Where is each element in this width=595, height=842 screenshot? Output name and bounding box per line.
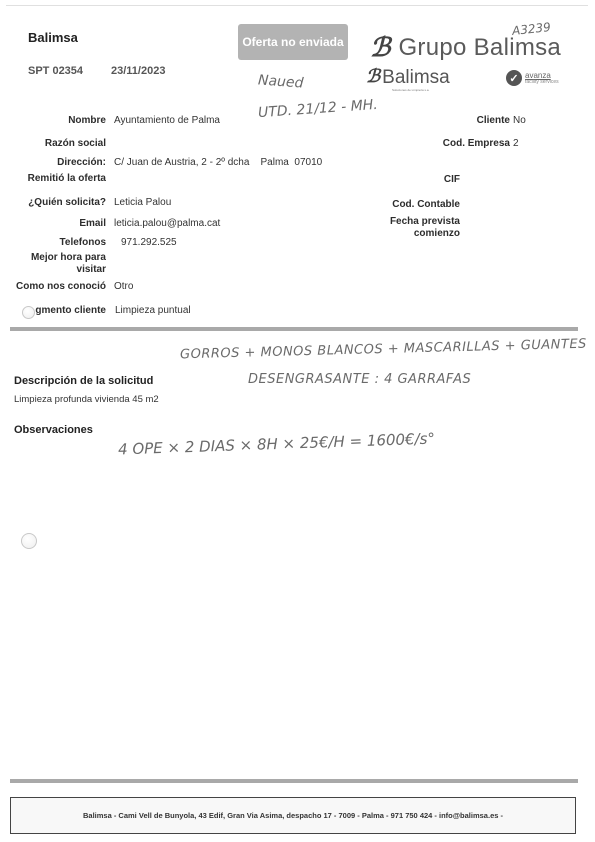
label-quien-solicita: ¿Quién solicita? [0,197,106,209]
label-remitio-oferta: Remitió la oferta [0,173,106,185]
value-cod-empresa: 2 [513,138,519,150]
value-cliente: No [513,115,526,127]
value-quien-solicita: Leticia Palou [114,197,171,209]
label-como-nos-conocio: Como nos conoció [0,281,106,293]
radio-circle[interactable] [21,533,37,549]
label-razon-social: Razón social [0,138,106,150]
value-como-nos-conocio: Otro [114,281,133,293]
value-nombre: Ayuntamiento de Palma [114,115,220,127]
value-segmento-cliente: Limpieza puntual [115,305,191,317]
handwritten-name: Naued [257,72,303,91]
label-cod-empresa: Cod. Empresa [360,138,510,150]
status-badge: Oferta no enviada [238,24,348,60]
label-telefonos: Telefonos [0,237,106,249]
description-title: Descripción de la solicitud [14,375,153,387]
handwritten-description-line2: DESENGRASANTE : 4 GARRAFAS [248,372,471,387]
balimsa-logo: ℬ Balimsa Soluciones de Limpieza s.a. [366,66,450,87]
label-segmento-cliente: gmento cliente [0,305,106,317]
check-circle-icon: ✓ [506,70,522,86]
handwritten-observations: 4 OPE × 2 DIAS × 8H × 25€/H = 1600€/s° [118,429,435,458]
value-email: leticia.palou@palma.cat [114,218,220,230]
offer-code: SPT 02354 [28,65,83,77]
sub-logo-tagline: Soluciones de Limpieza s.a. [392,88,429,92]
value-direccion: C/ Juan de Austria, 2 - 2º dcha Palma 07… [114,157,322,169]
company-name: Balimsa [28,30,78,45]
avanza-tagline: facility services [525,80,559,85]
grupo-balimsa-logo: ℬ Grupo Balimsa [370,32,561,63]
value-telefonos: 971.292.525 [121,237,177,249]
group-logo-name: Grupo Balimsa [398,34,561,62]
top-rule [6,5,588,6]
offer-date: 23/11/2023 [111,65,165,77]
handwritten-description-line1: GORROS + MONOS BLANCOS + MASCARILLAS + G… [180,337,587,363]
footer-text: Balimsa - Cami Vell de Bunyola, 43 Edif,… [83,811,503,820]
footer-divider [10,779,578,783]
label-cif: CIF [310,174,460,186]
sub-logo-name: Balimsa [382,68,450,87]
avanza-logo: ✓ avanza facility services [506,70,559,86]
label-mejor-hora: Mejor hora para visitar [0,252,106,276]
bird-b-logo-icon: ℬ [370,32,390,63]
bird-b-logo-icon: ℬ [366,66,380,87]
footer-box: Balimsa - Cami Vell de Bunyola, 43 Edif,… [10,797,576,834]
label-cliente: Cliente [360,115,510,127]
label-direccion: Dirección: [0,157,106,169]
description-text: Limpieza profunda vivienda 45 m2 [14,394,159,406]
observations-title: Observaciones [14,424,93,436]
section-divider [10,327,578,331]
label-cod-contable: Cod. Contable [310,199,460,211]
label-email: Email [0,218,106,230]
label-fecha-prevista: Fecha prevista comienzo [380,216,460,240]
label-nombre: Nombre [0,115,106,127]
